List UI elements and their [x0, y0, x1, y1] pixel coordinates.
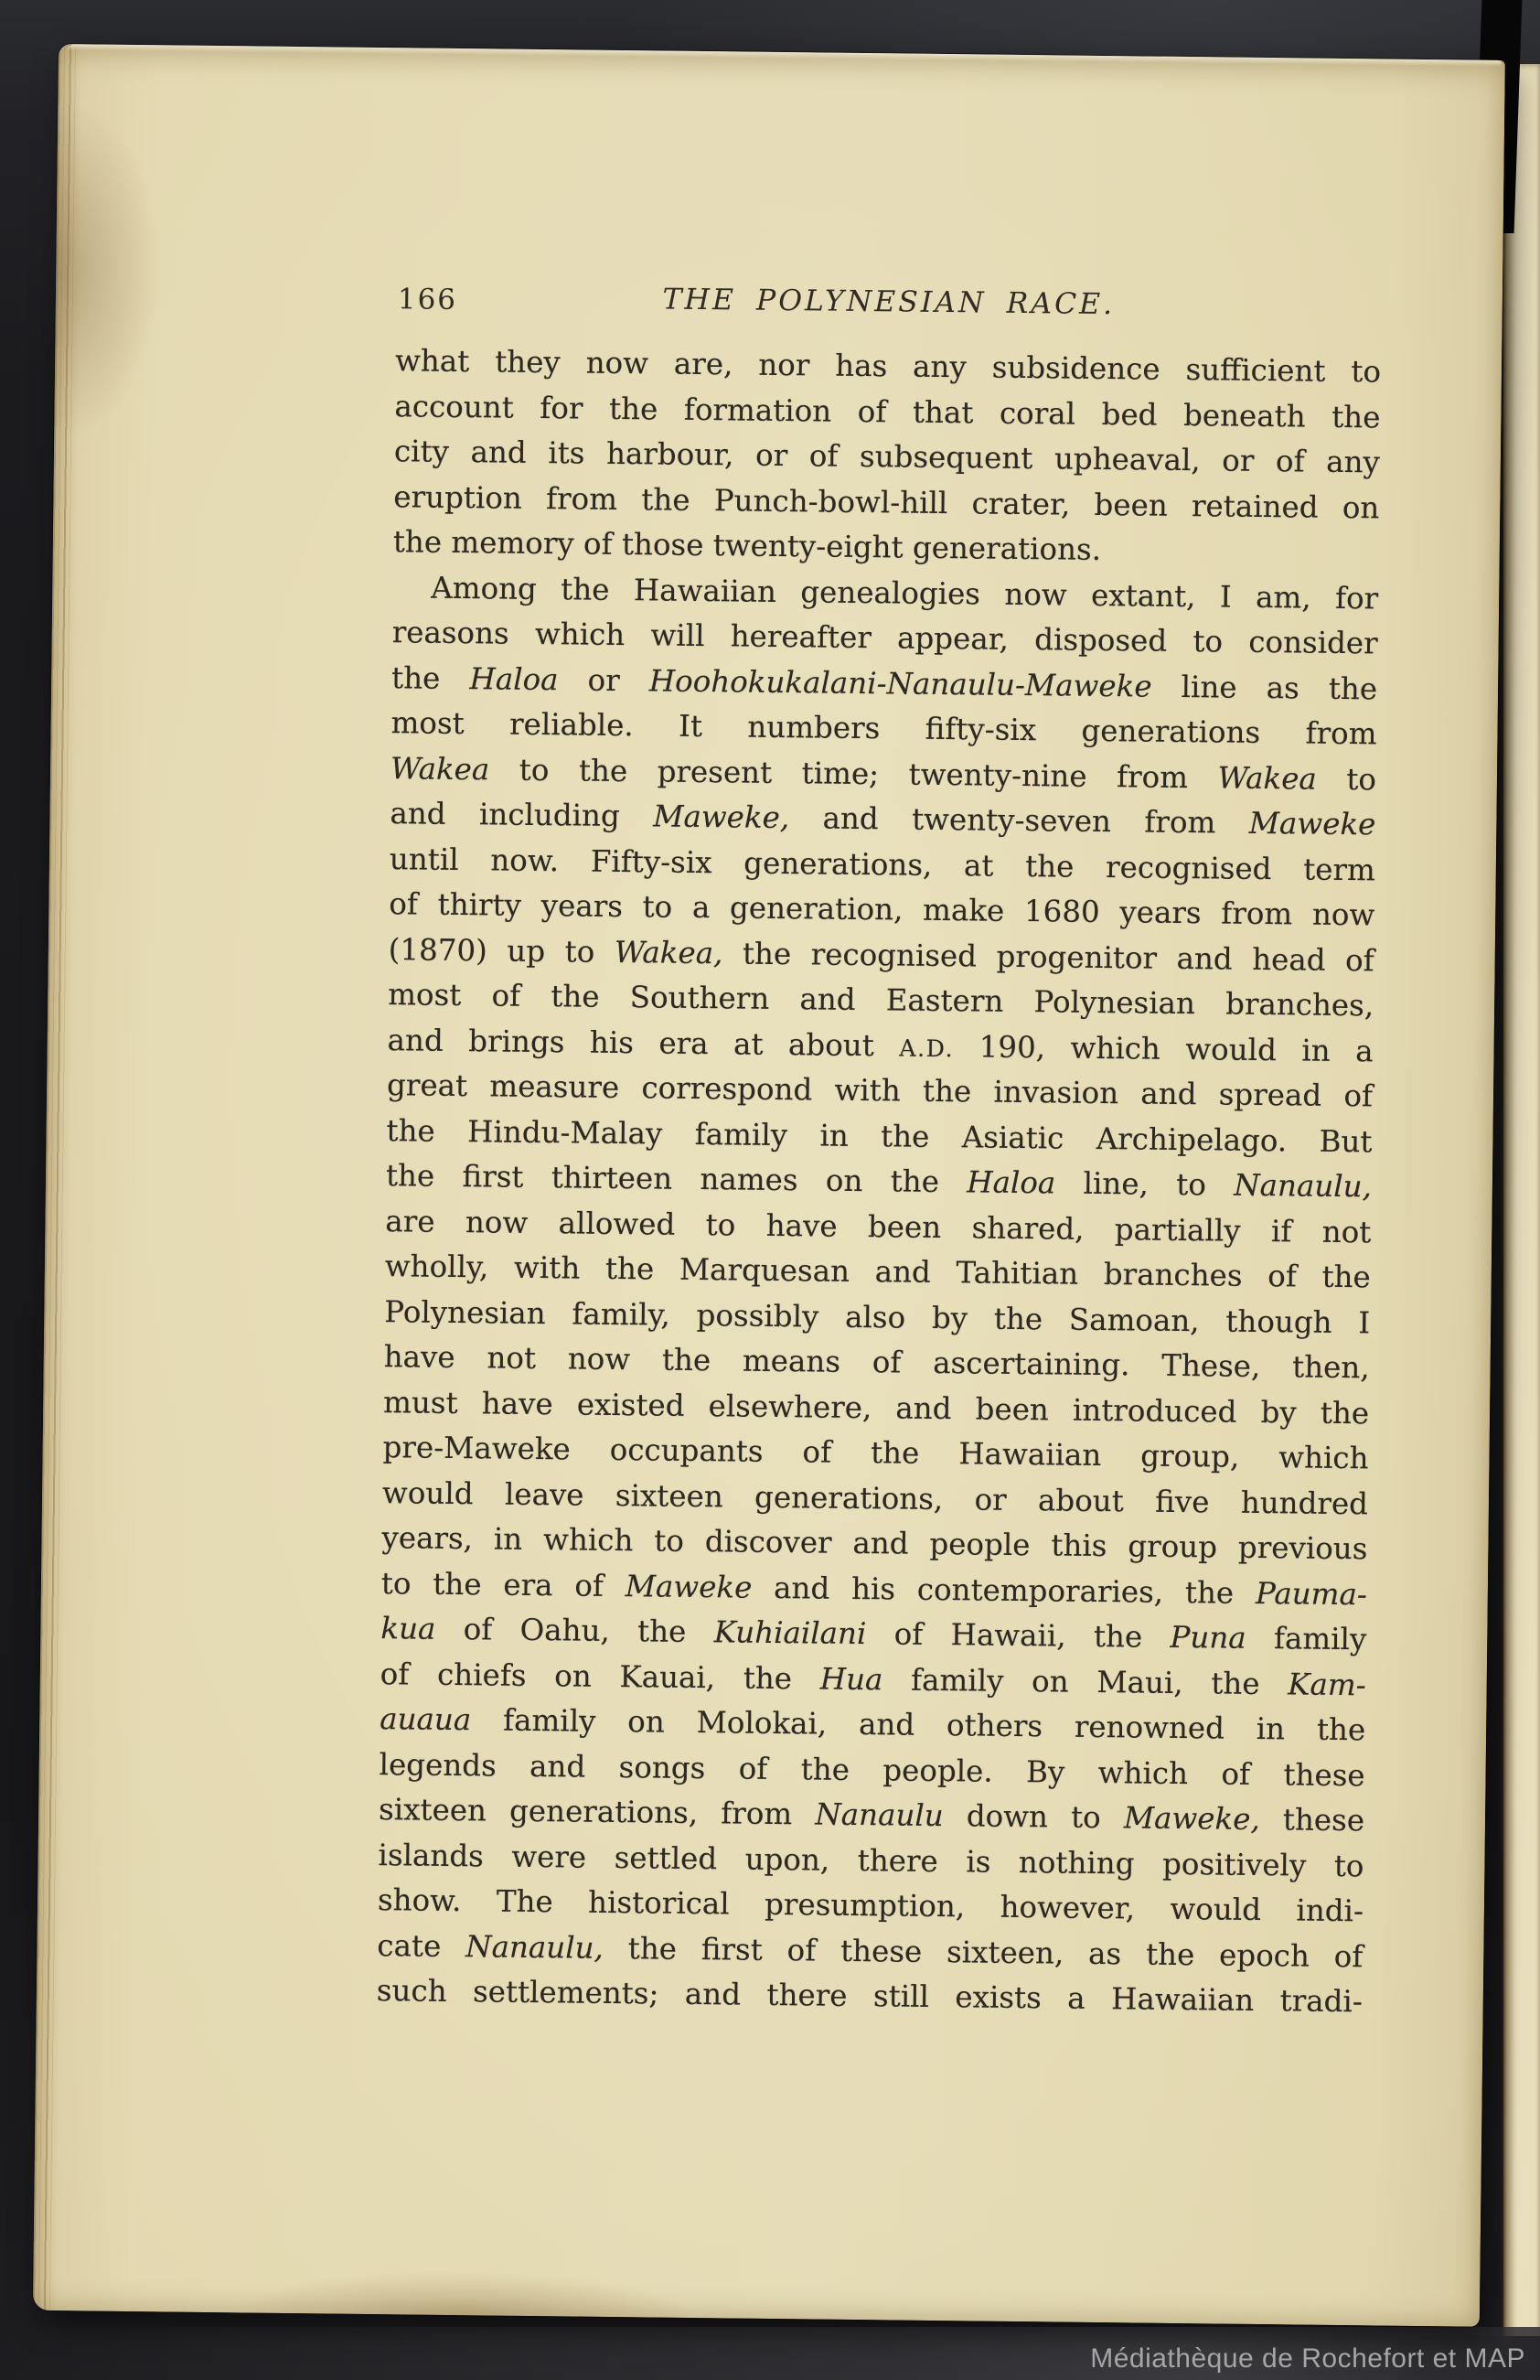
- page-deckle-edge: [33, 44, 77, 2310]
- gutter-shadow: [1502, 59, 1505, 2342]
- page-header: 166 THE POLYNESIAN RACE.: [396, 280, 1382, 333]
- book-page: 166 THE POLYNESIAN RACE. what they now a…: [33, 44, 1505, 2327]
- watermark-text: Médiathèque de Rochefort et MAP: [1090, 2343, 1525, 2375]
- page-top-edge: [68, 44, 1502, 67]
- body-text: what they now are, nor has any subsidenc…: [377, 338, 1382, 2025]
- running-title: THE POLYNESIAN RACE.: [396, 280, 1382, 324]
- scanned-book-photo: 166 THE POLYNESIAN RACE. what they now a…: [0, 0, 1540, 2380]
- next-page-edge: [1503, 64, 1540, 2343]
